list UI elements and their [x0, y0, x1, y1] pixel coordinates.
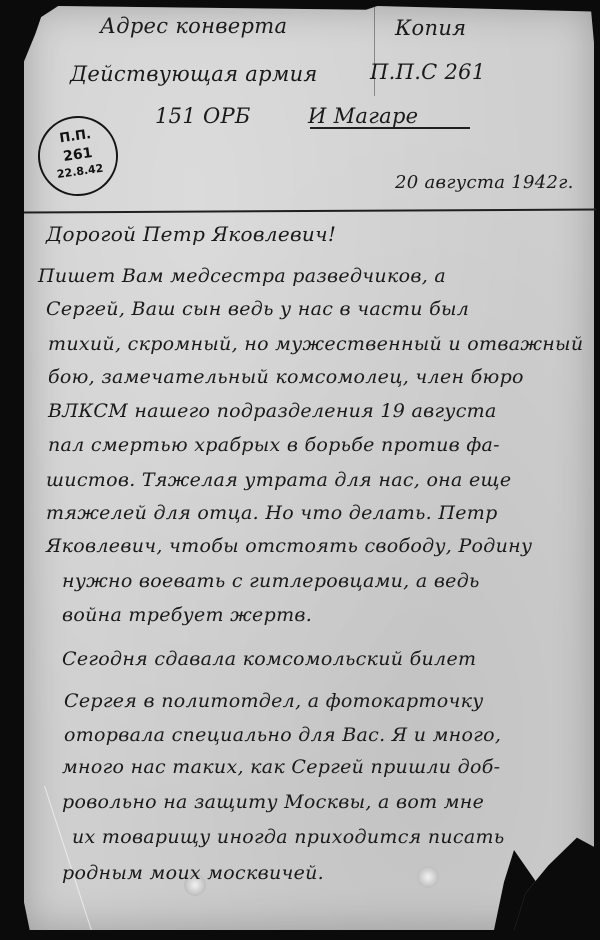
letter-line: ВЛКСМ нашего подразделения 19 августа	[48, 400, 497, 422]
letter-line: оторвала специально для Вас. Я и много,	[64, 724, 501, 746]
letter-line: родным моих москвичей.	[62, 862, 324, 884]
letter-line: тяжелей для отца. Но что делать. Петр	[46, 502, 498, 524]
letter-line: ровольно на защиту Москвы, а вот мне	[62, 791, 484, 813]
letter-line: их товарищу иногда приходится писать	[72, 826, 504, 848]
burnt-corner	[494, 850, 594, 930]
letter-line: пал смертью храбрых в борьбе против фа-	[48, 434, 500, 456]
letter-line: шистов. Тяжелая утрата для нас, она еще	[46, 469, 511, 491]
letter-line: Сергея в политотдел, а фотокарточку	[64, 690, 484, 712]
letter-line: нужно воевать с гитлеровцами, а ведь	[62, 570, 480, 592]
letter-date: 20 августа 1942г.	[395, 172, 574, 193]
name-underline	[310, 127, 470, 129]
letter-line: много нас таких, как Сергей пришли доб-	[62, 756, 500, 778]
letter-line: Яковлевич, чтобы отстоять свободу, Родин…	[46, 535, 532, 557]
letter-line: Сегодня сдавала комсомольский билет	[62, 648, 476, 670]
copy-label: Копия	[395, 16, 466, 40]
recipient-name: И Магаре	[308, 104, 418, 128]
letter-line: война требует жертв.	[62, 604, 312, 626]
letter-line: бою, замечательный комсомолец, член бюро	[48, 366, 524, 388]
address-label: Адрес конверта	[100, 14, 287, 38]
unit-number: 151 ОРБ	[155, 104, 251, 128]
letter-line: Сергей, Ваш сын ведь у нас в части был	[46, 298, 469, 320]
letter-line: Пишет Вам медсестра разведчиков, а	[38, 265, 446, 287]
recipient-army: Действующая армия	[70, 62, 318, 86]
field-post-number: П.П.С 261	[370, 60, 486, 84]
greeting: Дорогой Петр Яковлевич!	[46, 222, 336, 246]
paper-hole	[417, 866, 439, 888]
letter-line: тихий, скромный, но мужественный и отваж…	[48, 333, 583, 355]
